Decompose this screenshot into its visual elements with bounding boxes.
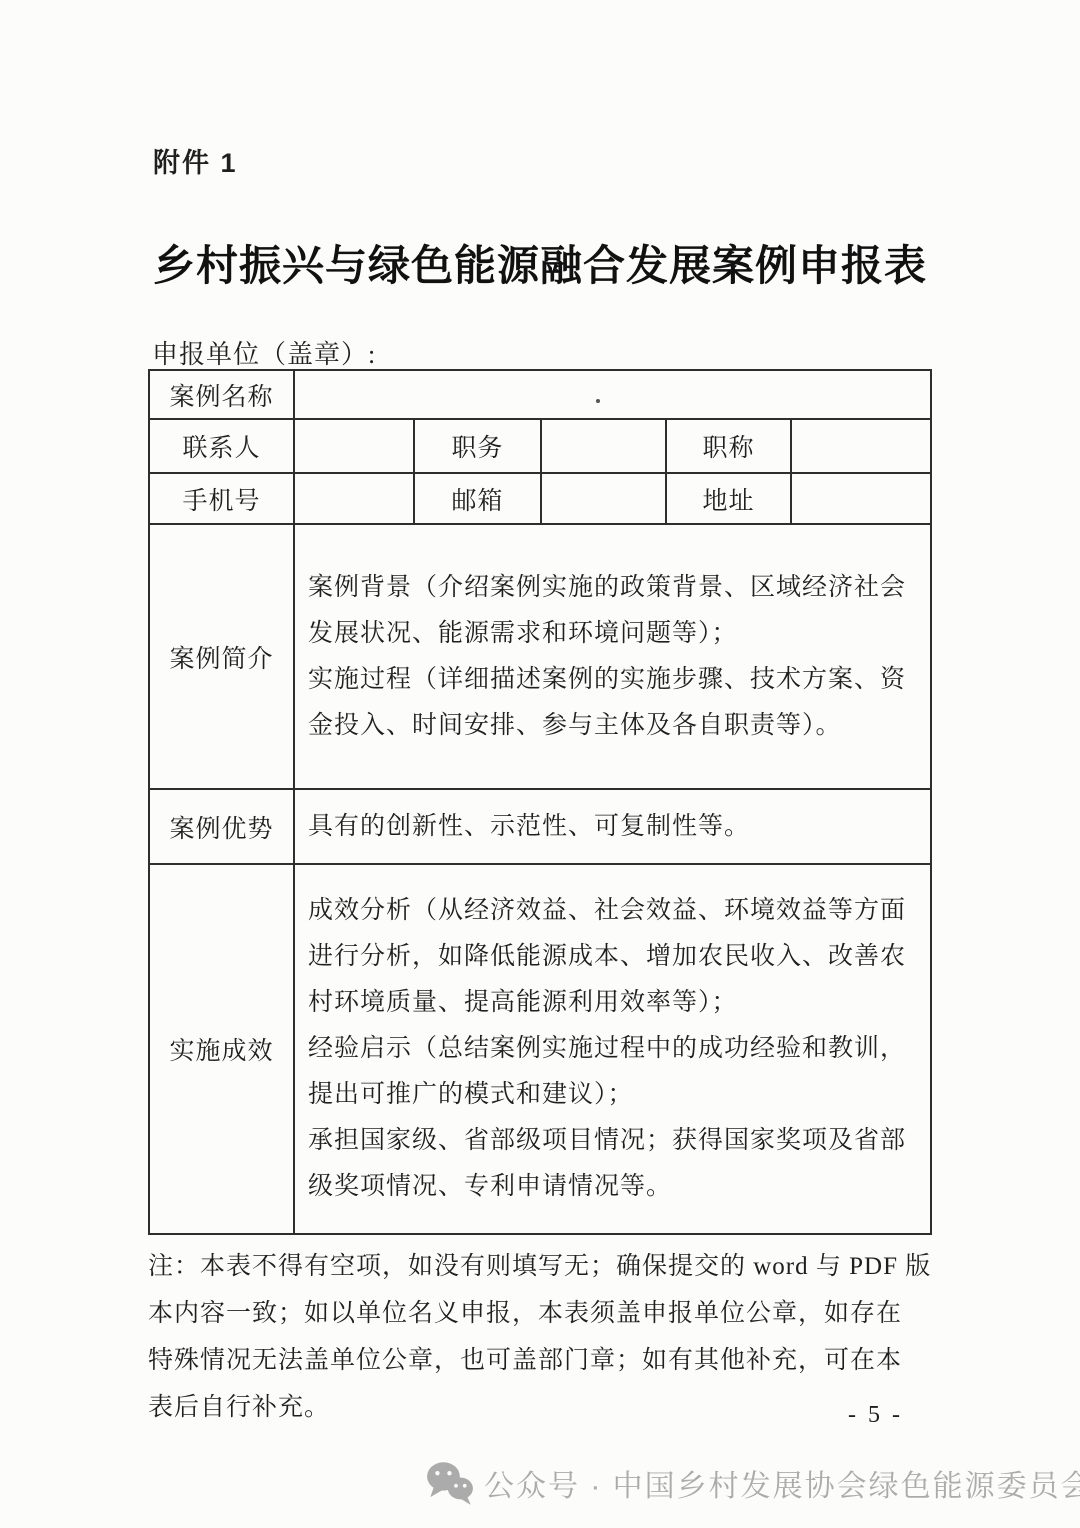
position-label: 职务 (414, 419, 541, 473)
applicant-unit-label: 申报单位（盖章）: (152, 334, 376, 371)
job-title-input-cell (791, 419, 931, 473)
mobile-input-cell (294, 473, 414, 524)
job-title-label: 职称 (666, 419, 791, 473)
table-row-case-name: 案例名称 (149, 370, 931, 419)
advantage-label: 案例优势 (149, 789, 294, 864)
table-row-advantage: 案例优势 具有的创新性、示范性、可复制性等。 (149, 789, 931, 864)
application-form-table: 案例名称 联系人 职务 职称 手机号 邮箱 地址 案例简介 案 (148, 369, 932, 1235)
result-label: 实施成效 (149, 864, 294, 1234)
scan-artifact-dot (596, 399, 600, 403)
position-input-cell (541, 419, 666, 473)
document-page: 附件 1 乡村振兴与绿色能源融合发展案例申报表 申报单位（盖章）: 案例名称 联… (0, 0, 1080, 1528)
address-input-cell (791, 473, 931, 524)
case-name-label: 案例名称 (149, 370, 294, 419)
watermark-text: 公众号 · 中国乡村发展协会绿色能源委员会 (484, 1461, 1080, 1505)
intro-label: 案例简介 (149, 524, 294, 789)
wechat-icon (426, 1461, 474, 1505)
watermark: 公众号 · 中国乡村发展协会绿色能源委员会 (426, 1461, 1080, 1505)
table-row-result: 实施成效 成效分析（从经济效益、社会效益、环境效益等方面 进行分析，如降低能源成… (149, 864, 931, 1234)
contact-input-cell (294, 419, 414, 473)
attachment-label: 附件 1 (153, 141, 238, 180)
contact-label: 联系人 (149, 419, 294, 473)
result-content: 成效分析（从经济效益、社会效益、环境效益等方面 进行分析，如降低能源成本、增加农… (294, 864, 931, 1234)
advantage-content: 具有的创新性、示范性、可复制性等。 (294, 789, 931, 864)
table-row-intro: 案例简介 案例背景（介绍案例实施的政策背景、区域经济社会 发展状况、能源需求和环… (149, 524, 931, 789)
note-text: 注：本表不得有空项，如没有则填写无；确保提交的 word 与 PDF 版 本内容… (148, 1243, 938, 1431)
mobile-label: 手机号 (149, 473, 294, 524)
intro-content: 案例背景（介绍案例实施的政策背景、区域经济社会 发展状况、能源需求和环境问题等）… (294, 524, 931, 789)
form-title: 乡村振兴与绿色能源融合发展案例申报表 (0, 233, 1080, 293)
table-row-contact: 联系人 职务 职称 (149, 419, 931, 473)
email-label: 邮箱 (414, 473, 541, 524)
email-input-cell (541, 473, 666, 524)
page-number: - 5 - (848, 1402, 903, 1429)
case-name-input-cell (294, 370, 931, 419)
table-row-mobile: 手机号 邮箱 地址 (149, 473, 931, 524)
address-label: 地址 (666, 473, 791, 524)
